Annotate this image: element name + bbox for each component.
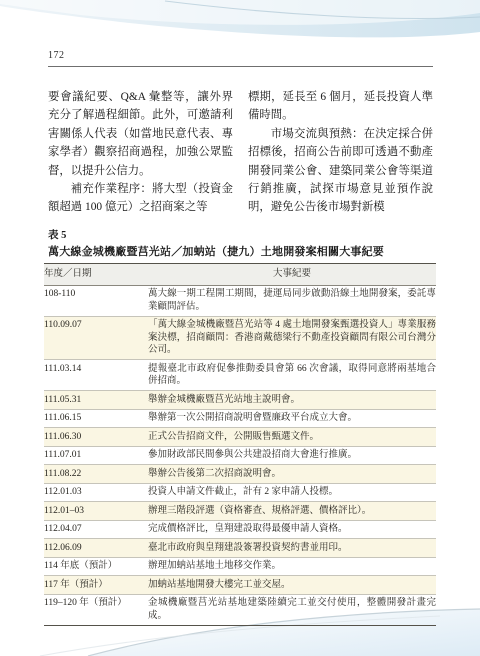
row-event-cell: 辦理三階段評選（資格審查、規格評選、價格評比）。 <box>148 502 436 521</box>
table-row: 111.06.15 舉辦第一次公開招商說明會暨廉政平台成立大會。 <box>44 409 436 428</box>
table-row: 112.01–03 辦理三階段評選（資格審查、規格評選、價格評比）。 <box>44 502 436 521</box>
table-row: 119–120 年（預計） 金城機廠暨莒光站基地建築陸續完工並交付使用，整體開發… <box>44 594 436 625</box>
row-event-cell: 金城機廠暨莒光站基地建築陸續完工並交付使用，整體開發計畫完成。 <box>148 594 436 625</box>
table-row: 112.04.07 完成價格評比，皇翔建設取得最優申請人資格。 <box>44 520 436 539</box>
row-date-cell: 111.05.31 <box>44 391 148 410</box>
page-number: 172 <box>48 50 65 61</box>
row-event-cell: 正式公告招商文件，公開販售甄選文件。 <box>148 428 436 447</box>
row-event-cell: 臺北市政府與皇翔建設簽署投資契約書並用印。 <box>148 539 436 558</box>
table-row: 108-110 萬大線一期工程開工期間，捷運局同步啟動沿線土地開發案，委託專業顧… <box>44 285 436 316</box>
table-header-row: 年度／日期 大事紀要 <box>44 264 436 286</box>
right-column: 標期，延長至 6 個月，延長投資人準備時間。 市場交流與預熱：在決定採合併招標後… <box>248 88 433 217</box>
row-event-cell: 舉辦第一次公開招商說明會暨廉政平台成立大會。 <box>148 409 436 428</box>
table-row: 114 年底（預計） 辦理加蚋站基地土地移交作業。 <box>44 557 436 576</box>
left-column: 要會議紀要、Q&A 彙整等，讓外界充分了解過程細節。此外，可邀請利害關係人代表（… <box>48 88 233 217</box>
paragraph: 要會議紀要、Q&A 彙整等，讓外界充分了解過程細節。此外，可邀請利害關係人代表（… <box>48 88 233 180</box>
table-row: 111.05.31 舉辦金城機廠暨莒光站地主說明會。 <box>44 391 436 410</box>
table-row: 117 年（預計） 加蚋站基地開發大樓完工並交屋。 <box>44 576 436 595</box>
row-date-cell: 111.07.01 <box>44 446 148 465</box>
row-event-cell: 辦理加蚋站基地土地移交作業。 <box>148 557 436 576</box>
table-row: 111.08.22 舉辦公告後第二次招商說明會。 <box>44 465 436 484</box>
paragraph: 市場交流與預熱：在決定採合併招標後，招商公告前即可透過不動產開發同業公會、建築同… <box>248 125 433 217</box>
column-header-event: 大事紀要 <box>148 264 436 286</box>
body-text: 要會議紀要、Q&A 彙整等，讓外界充分了解過程細節。此外，可邀請利害關係人代表（… <box>48 88 434 217</box>
table-row: 112.06.09 臺北市政府與皇翔建設簽署投資契約書並用印。 <box>44 539 436 558</box>
row-event-cell: 加蚋站基地開發大樓完工並交屋。 <box>148 576 436 595</box>
row-date-cell: 112.04.07 <box>44 520 148 539</box>
row-date-cell: 110.09.07 <box>44 316 148 360</box>
row-event-cell: 萬大線一期工程開工期間，捷運局同步啟動沿線土地開發案，委託專業顧問評估。 <box>148 285 436 316</box>
events-table: 年度／日期 大事紀要 108-110 萬大線一期工程開工期間，捷運局同步啟動沿線… <box>44 263 436 626</box>
row-event-cell: 參加財政部民間參與公共建設招商大會進行推廣。 <box>148 446 436 465</box>
row-date-cell: 111.03.14 <box>44 360 148 391</box>
row-date-cell: 111.06.30 <box>44 428 148 447</box>
row-event-cell: 投資人申請文件截止，計有 2 家申請人投標。 <box>148 483 436 502</box>
row-date-cell: 114 年底（預計） <box>44 557 148 576</box>
document-page: 172 要會議紀要、Q&A 彙整等，讓外界充分了解過程細節。此外，可邀請利害關係… <box>0 0 480 656</box>
row-date-cell: 112.01–03 <box>44 502 148 521</box>
row-date-cell: 112.01.03 <box>44 483 148 502</box>
row-event-cell: 舉辦金城機廠暨莒光站地主說明會。 <box>148 391 436 410</box>
row-date-cell: 108-110 <box>44 285 148 316</box>
row-date-cell: 119–120 年（預計） <box>44 594 148 625</box>
paragraph: 補充作業程序：將大型（投資金額超過 100 億元）之招商案之等 <box>48 180 233 217</box>
table-row: 111.03.14 提報臺北市政府促參推動委員會第 66 次會議，取得同意將兩基… <box>44 360 436 391</box>
row-event-cell: 提報臺北市政府促參推動委員會第 66 次會議，取得同意將兩基地合併招商。 <box>148 360 436 391</box>
table-row: 111.06.30 正式公告招商文件，公開販售甄選文件。 <box>44 428 436 447</box>
page-header: 172 <box>48 45 433 67</box>
table-label: 表 5 <box>48 227 436 242</box>
row-date-cell: 111.08.22 <box>44 465 148 484</box>
table-section: 表 5 萬大線金城機廠暨莒光站／加蚋站（捷九）土地開發案相關大事紀要 年度／日期… <box>44 227 436 626</box>
table-title: 萬大線金城機廠暨莒光站／加蚋站（捷九）土地開發案相關大事紀要 <box>48 243 436 259</box>
table-body: 108-110 萬大線一期工程開工期間，捷運局同步啟動沿線土地開發案，委託專業顧… <box>44 285 436 625</box>
row-date-cell: 111.06.15 <box>44 409 148 428</box>
table-row: 112.01.03 投資人申請文件截止，計有 2 家申請人投標。 <box>44 483 436 502</box>
row-date-cell: 112.06.09 <box>44 539 148 558</box>
row-event-cell: 完成價格評比，皇翔建設取得最優申請人資格。 <box>148 520 436 539</box>
row-date-cell: 117 年（預計） <box>44 576 148 595</box>
table-row: 111.07.01 參加財政部民間參與公共建設招商大會進行推廣。 <box>44 446 436 465</box>
table-row: 110.09.07 「萬大線金城機廠暨莒光站等 4 處土地開發案甄選投資人」專業… <box>44 316 436 360</box>
row-event-cell: 「萬大線金城機廠暨莒光站等 4 處土地開發案甄選投資人」專業服務案決標，招商顧問… <box>148 316 436 360</box>
column-header-date: 年度／日期 <box>44 264 148 286</box>
paragraph: 標期，延長至 6 個月，延長投資人準備時間。 <box>248 88 433 125</box>
table-header: 年度／日期 大事紀要 <box>44 264 436 286</box>
row-event-cell: 舉辦公告後第二次招商說明會。 <box>148 465 436 484</box>
